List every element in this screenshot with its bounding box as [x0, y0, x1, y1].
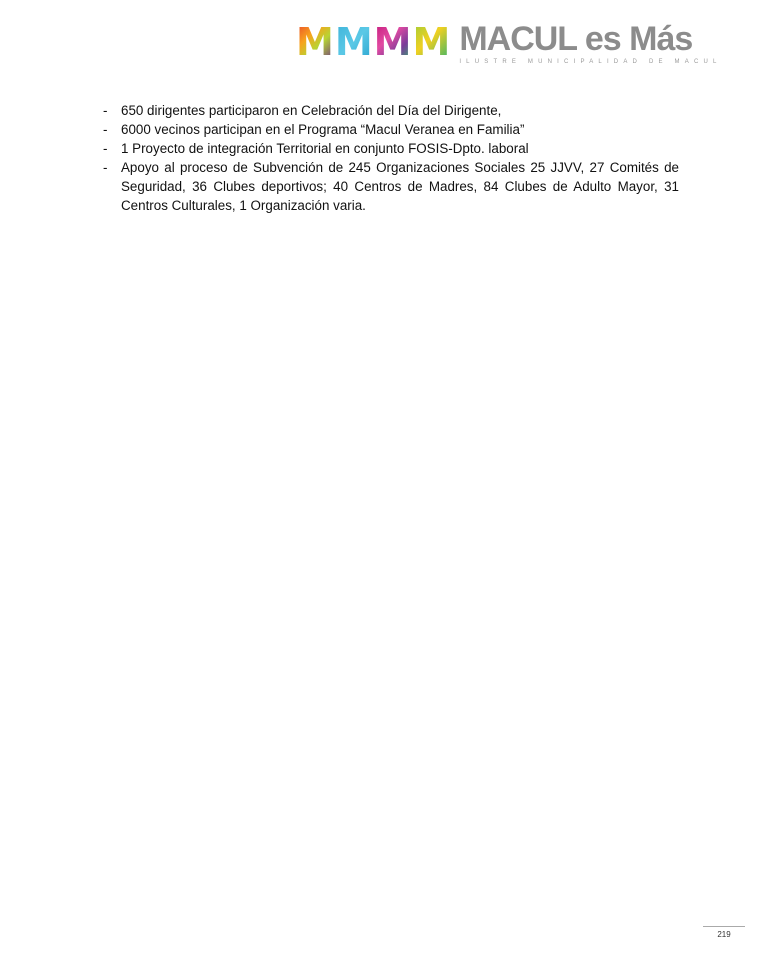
brand-title: MACUL es Más [459, 22, 721, 56]
logo-letter: M [412, 22, 449, 62]
bullet-list: -650 dirigentes participaron en Celebrac… [103, 101, 679, 215]
bullet-dash: - [103, 120, 107, 139]
list-item-text: 650 dirigentes participaron en Celebraci… [121, 103, 501, 118]
list-item: -1 Proyecto de integración Territorial e… [103, 139, 679, 158]
logo-letter: M [335, 22, 372, 62]
logo-letter: M [374, 22, 411, 62]
document-body: -650 dirigentes participaron en Celebrac… [103, 101, 679, 215]
bullet-dash: - [103, 139, 107, 158]
list-item-text: 6000 vecinos participan en el Programa “… [121, 122, 524, 137]
brand-subtitle: ILUSTRE MUNICIPALIDAD DE MACUL [459, 59, 721, 65]
logo-letter: M [296, 22, 333, 62]
page-number: 219 [703, 930, 745, 939]
list-item-text: Apoyo al proceso de Subvención de 245 Or… [121, 160, 679, 213]
logo-mark: M M M M [296, 22, 449, 62]
footer-divider [703, 926, 745, 927]
municipal-logo: M M M M MACUL es Más ILUSTRE MUNICIPALID… [296, 22, 722, 66]
brand-wordmark: MACUL es Más ILUSTRE MUNICIPALIDAD DE MA… [459, 22, 721, 65]
list-item: -6000 vecinos participan en el Programa … [103, 120, 679, 139]
list-item-text: 1 Proyecto de integración Territorial en… [121, 141, 529, 156]
bullet-dash: - [103, 101, 107, 120]
bullet-dash: - [103, 158, 107, 177]
list-item: -Apoyo al proceso de Subvención de 245 O… [103, 158, 679, 215]
list-item: -650 dirigentes participaron en Celebrac… [103, 101, 679, 120]
